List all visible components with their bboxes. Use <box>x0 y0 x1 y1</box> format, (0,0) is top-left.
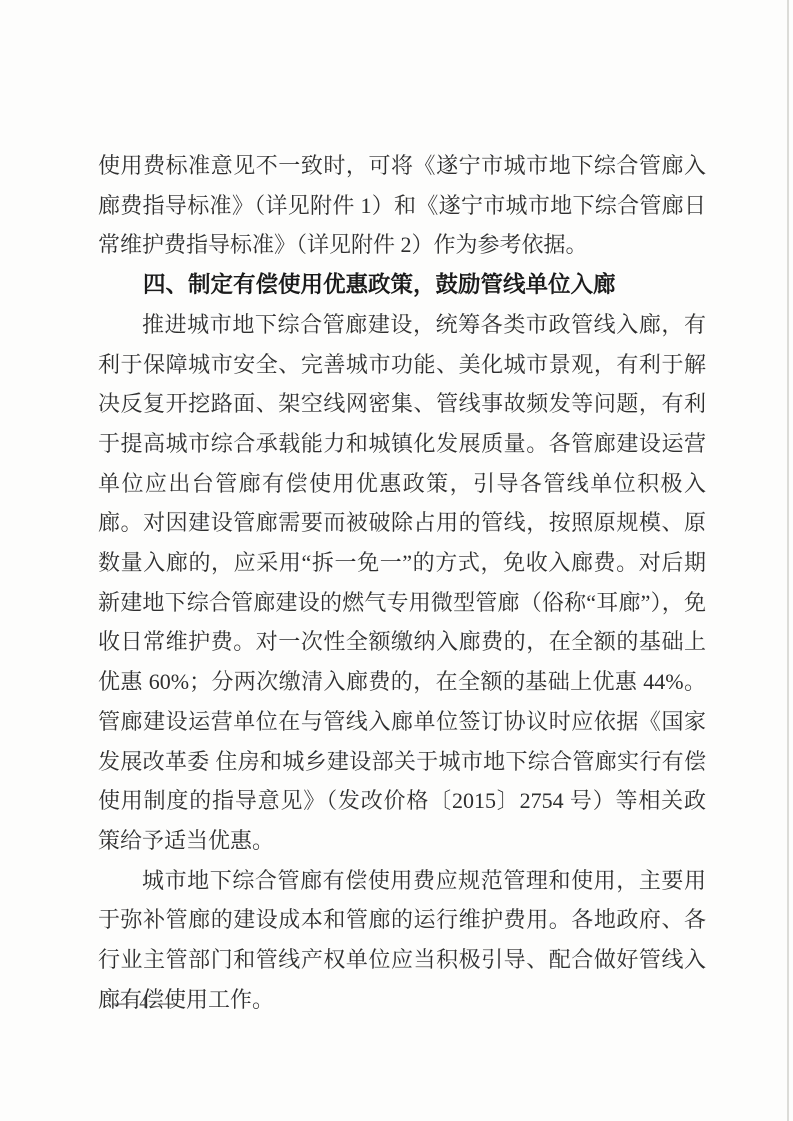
body-paragraph: 推进城市地下综合管廊建设，统筹各类市政管线入廊，有利于保障城市安全、完善城市功能… <box>98 305 706 861</box>
section-heading: 四、制定有偿使用优惠政策，鼓励管线单位入廊 <box>98 265 706 305</box>
body-paragraph-continuation: 使用费标准意见不一致时，可将《遂宁市城市地下综合管廊入廊费指导标准》（详见附件 … <box>98 146 706 265</box>
document-page: 使用费标准意见不一致时，可将《遂宁市城市地下综合管廊入廊费指导标准》（详见附件 … <box>0 0 793 1121</box>
page-number: — 4 — <box>112 993 178 1013</box>
body-paragraph: 城市地下综合管廊有偿使用费应规范管理和使用，主要用于弥补管廊的建设成本和管廊的运… <box>98 861 706 1020</box>
page-body-text: 使用费标准意见不一致时，可将《遂宁市城市地下综合管廊入廊费指导标准》（详见附件 … <box>98 146 706 1019</box>
scan-edge-artifact <box>787 0 789 1121</box>
